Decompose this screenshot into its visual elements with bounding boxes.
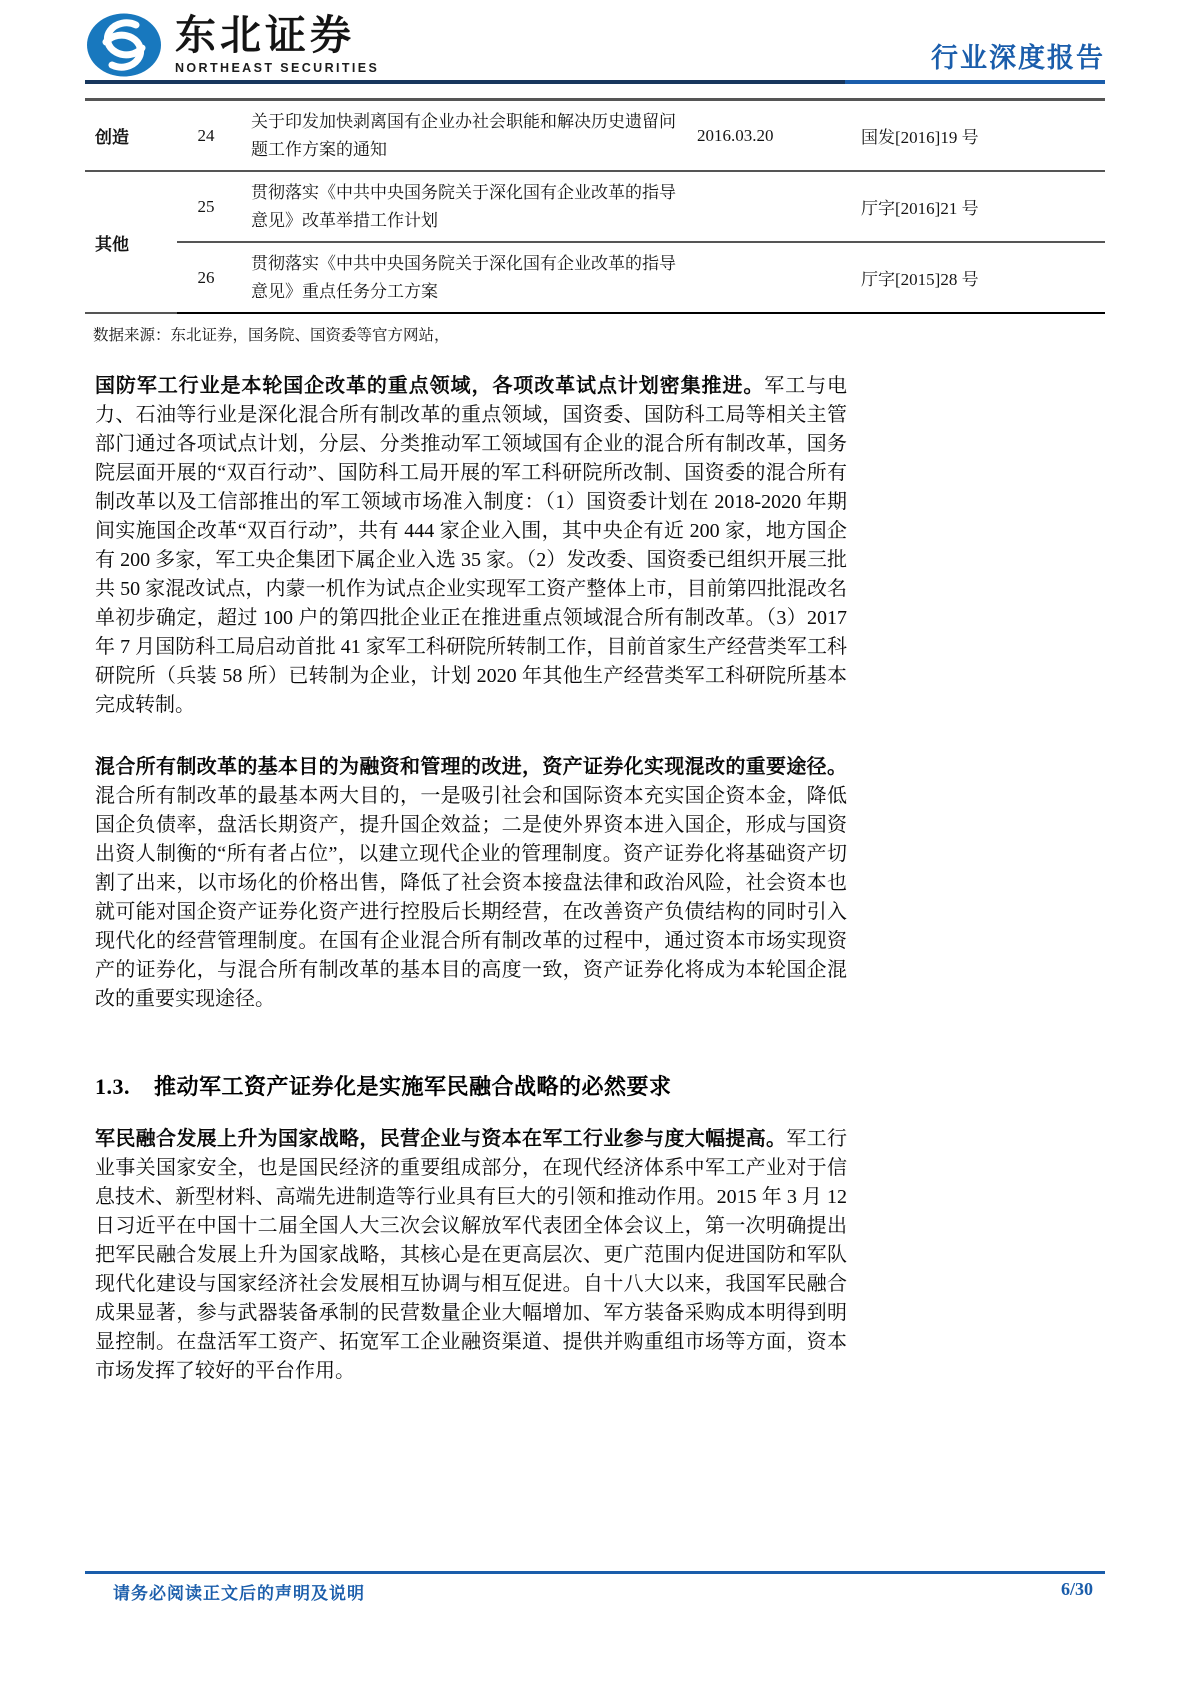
report-type-label: 行业深度报告 xyxy=(931,36,1105,78)
logo-icon xyxy=(85,12,163,78)
logo-name-en: NORTHEAST SECURITIES xyxy=(175,61,379,75)
section-heading: 1.3.推动军工资产证券化是实施军民融合战略的必然要求 xyxy=(95,1070,847,1101)
report-page: 东北证券 NORTHEAST SECURITIES 行业深度报告 创造 24 关… xyxy=(0,0,1189,1683)
paragraph-lead: 混合所有制改革的基本目的为融资和管理的改进，资产证券化实现混改的重要途径。 xyxy=(95,756,847,778)
logo-text: 东北证券 NORTHEAST SECURITIES xyxy=(175,15,379,75)
page-footer: 请务必阅读正文后的声明及说明 6/30 xyxy=(85,1571,1105,1604)
paragraph-civil-military: 军民融合发展上升为国家战略，民营企业与资本在军工行业参与度大幅提高。军工行业事关… xyxy=(95,1125,847,1386)
policy-table: 创造 24 关于印发加快剥离国有企业办社会职能和解决历史遗留问题工作方案的通知 … xyxy=(85,98,1105,314)
index-cell: 26 xyxy=(177,242,235,313)
logo: 东北证券 NORTHEAST SECURITIES xyxy=(85,12,379,78)
doc-no-cell: 厅字[2016]21 号 xyxy=(815,171,1105,242)
category-cell: 其他 xyxy=(85,171,177,313)
date-cell xyxy=(695,242,815,313)
paragraph-text: 军工与电力、石油等行业是深化混合所有制改革的重点领域，国资委、国防科工局等相关主… xyxy=(95,375,847,716)
title-cell: 贯彻落实《中共中央国务院关于深化国有企业改革的指导意见》重点任务分工方案 xyxy=(235,242,695,313)
paragraph-text: 军工行业事关国家安全，也是国民经济的重要组成部分，在现代经济体系中军工产业对于信… xyxy=(95,1128,847,1382)
date-cell: 2016.03.20 xyxy=(695,100,815,172)
date-cell xyxy=(695,171,815,242)
section-number: 1.3. xyxy=(95,1074,130,1099)
paragraph-mixed-ownership: 混合所有制改革的基本目的为融资和管理的改进，资产证券化实现混改的重要途径。混合所… xyxy=(95,753,847,1014)
table-row: 创造 24 关于印发加快剥离国有企业办社会职能和解决历史遗留问题工作方案的通知 … xyxy=(85,100,1105,172)
doc-no-cell: 厅字[2015]28 号 xyxy=(815,242,1105,313)
page-number: 6/30 xyxy=(1061,1579,1093,1600)
report-body: 国防军工行业是本轮国企改革的重点领域，各项改革试点计划密集推进。军工与电力、石油… xyxy=(95,372,847,1386)
table-row: 26 贯彻落实《中共中央国务院关于深化国有企业改革的指导意见》重点任务分工方案 … xyxy=(85,242,1105,313)
category-cell: 创造 xyxy=(85,100,177,172)
title-cell: 关于印发加快剥离国有企业办社会职能和解决历史遗留问题工作方案的通知 xyxy=(235,100,695,172)
section-title: 推动军工资产证券化是实施军民融合战略的必然要求 xyxy=(154,1074,672,1099)
logo-name-cn: 东北证券 xyxy=(175,15,379,56)
footer-disclaimer: 请务必阅读正文后的声明及说明 xyxy=(113,1579,365,1604)
paragraph-soe-reform: 国防军工行业是本轮国企改革的重点领域，各项改革试点计划密集推进。军工与电力、石油… xyxy=(95,372,847,720)
source-note: 数据来源：东北证券，国务院、国资委等官方网站， xyxy=(93,323,1105,345)
paragraph-lead: 国防军工行业是本轮国企改革的重点领域，各项改革试点计划密集推进。 xyxy=(95,375,764,397)
table-row: 其他 25 贯彻落实《中共中央国务院关于深化国有企业改革的指导意见》改革举措工作… xyxy=(85,171,1105,242)
index-cell: 25 xyxy=(177,171,235,242)
title-cell: 贯彻落实《中共中央国务院关于深化国有企业改革的指导意见》改革举措工作计划 xyxy=(235,171,695,242)
paragraph-lead: 军民融合发展上升为国家战略，民营企业与资本在军工行业参与度大幅提高。 xyxy=(95,1128,786,1150)
doc-no-cell: 国发[2016]19 号 xyxy=(815,100,1105,172)
index-cell: 24 xyxy=(177,100,235,172)
header-rule xyxy=(85,80,1105,84)
page-header: 东北证券 NORTHEAST SECURITIES 行业深度报告 xyxy=(85,0,1105,78)
paragraph-text: 混合所有制改革的最基本两大目的，一是吸引社会和国际资本充实国企资本金，降低国企负… xyxy=(95,785,847,1010)
